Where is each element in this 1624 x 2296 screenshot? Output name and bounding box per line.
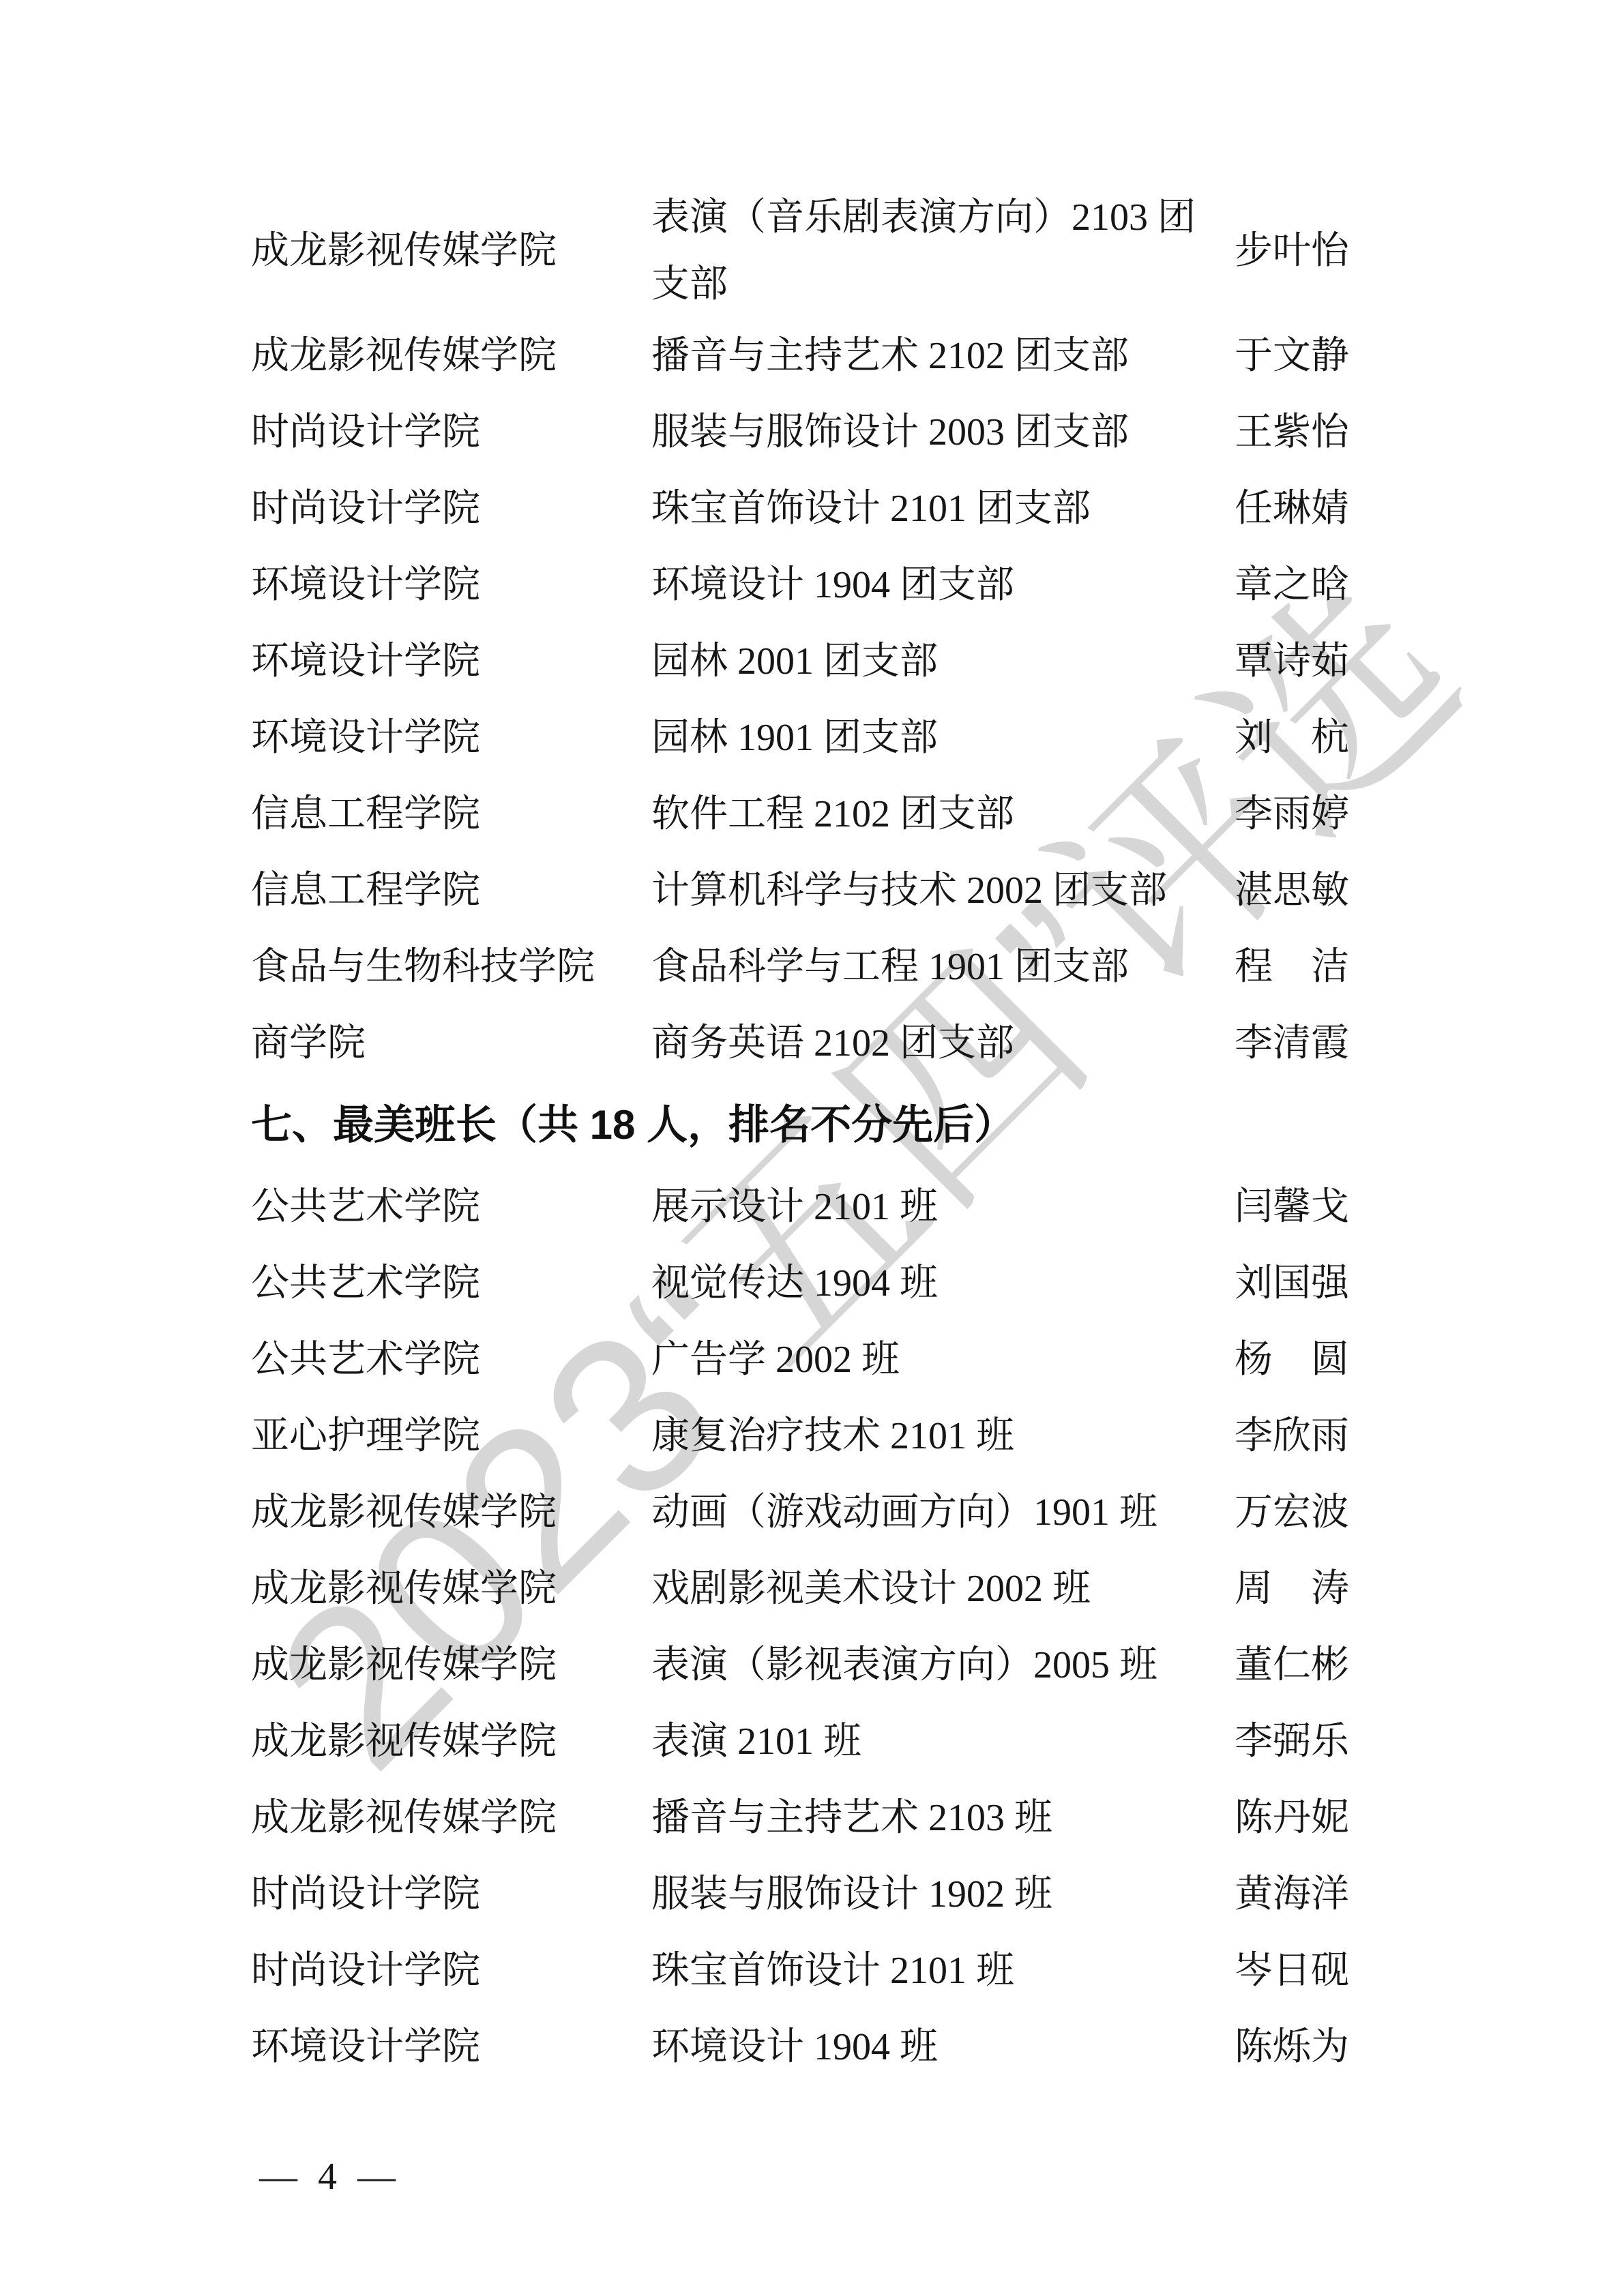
college-cell: 成龙影视传媒学院	[251, 323, 651, 389]
table-row: 时尚设计学院 珠宝首饰设计 2101 团支部 任琳婧	[251, 471, 1624, 547]
table-row: 亚心护理学院 康复治疗技术 2101 班 李欣雨	[251, 1398, 1624, 1474]
name-cell: 李清霞	[1235, 1010, 1460, 1077]
college-cell: 环境设计学院	[251, 628, 651, 695]
college-cell: 成龙影视传媒学院	[251, 1555, 651, 1622]
name-cell: 黄海洋	[1235, 1861, 1460, 1928]
table-row: 成龙影视传媒学院 表演 2101 班 李弼乐	[251, 1703, 1624, 1780]
name-cell: 董仁彬	[1235, 1632, 1460, 1699]
name-cell: 陈丹妮	[1235, 1785, 1460, 1851]
college-cell: 成龙影视传媒学院	[251, 1785, 651, 1851]
table-row: 时尚设计学院 珠宝首饰设计 2101 班 岑日砚	[251, 1933, 1624, 2009]
table-row: 商学院 商务英语 2102 团支部 李清霞	[251, 1005, 1624, 1082]
college-cell: 公共艺术学院	[251, 1250, 651, 1317]
name-cell: 李欣雨	[1235, 1403, 1460, 1470]
table-row: 环境设计学院 园林 1901 团支部 刘 杭	[251, 700, 1624, 776]
table-row: 环境设计学院 园林 2001 团支部 覃诗茹	[251, 623, 1624, 700]
table-row: 信息工程学院 计算机科学与技术 2002 团支部 湛思敏	[251, 852, 1624, 929]
class-cell: 广告学 2002 班	[651, 1326, 1197, 1393]
class-cell: 环境设计 1904 团支部	[651, 552, 1197, 618]
table-row: 成龙影视传媒学院 戏剧影视美术设计 2002 班 周 涛	[251, 1551, 1624, 1627]
college-cell: 时尚设计学院	[251, 1937, 651, 2004]
class-cell: 播音与主持艺术 2102 团支部	[651, 323, 1197, 389]
college-cell: 环境设计学院	[251, 2014, 651, 2081]
table-row: 时尚设计学院 服装与服饰设计 1902 班 黄海洋	[251, 1856, 1624, 1933]
section-heading: 七、最美班长（共 18 人，排名不分先后）	[251, 1091, 1624, 1159]
class-cell: 康复治疗技术 2101 班	[651, 1403, 1197, 1470]
class-cell: 珠宝首饰设计 2101 团支部	[651, 475, 1197, 542]
name-cell: 李弼乐	[1235, 1708, 1460, 1775]
table-row: 成龙影视传媒学院 动画（游戏动画方向）1901 班 万宏波	[251, 1474, 1624, 1551]
name-cell: 湛思敏	[1235, 857, 1460, 924]
page-number: — 4 —	[259, 2155, 401, 2198]
college-cell: 时尚设计学院	[251, 475, 651, 542]
college-cell: 时尚设计学院	[251, 1861, 651, 1928]
name-cell: 步叶怡	[1235, 218, 1460, 284]
name-cell: 于文静	[1235, 323, 1460, 389]
name-cell: 任琳婧	[1235, 475, 1460, 542]
class-cell: 计算机科学与技术 2002 团支部	[651, 857, 1197, 924]
college-cell: 成龙影视传媒学院	[251, 1632, 651, 1699]
section-best-monitor-rows: 公共艺术学院 展示设计 2101 班 闫馨戈 公共艺术学院 视觉传达 1904 …	[251, 1169, 1624, 2085]
table-row: 时尚设计学院 服装与服饰设计 2003 团支部 王紫怡	[251, 394, 1624, 471]
document-page: 2023“五四”评选 成龙影视传媒学院 表演（音乐剧表演方向）2103 团支部 …	[0, 0, 1624, 2296]
college-cell: 信息工程学院	[251, 857, 651, 924]
name-cell: 闫馨戈	[1235, 1174, 1460, 1240]
table-row: 公共艺术学院 展示设计 2101 班 闫馨戈	[251, 1169, 1624, 1245]
class-cell: 服装与服饰设计 2003 团支部	[651, 399, 1197, 466]
college-cell: 亚心护理学院	[251, 1403, 651, 1470]
college-cell: 成龙影视传媒学院	[251, 218, 651, 284]
class-cell: 播音与主持艺术 2103 班	[651, 1785, 1197, 1851]
table-row: 公共艺术学院 广告学 2002 班 杨 圆	[251, 1322, 1624, 1398]
class-cell: 软件工程 2102 团支部	[651, 781, 1197, 848]
college-cell: 环境设计学院	[251, 704, 651, 771]
college-cell: 成龙影视传媒学院	[251, 1708, 651, 1775]
name-cell: 覃诗茹	[1235, 628, 1460, 695]
class-cell: 食品科学与工程 1901 团支部	[651, 934, 1197, 1000]
college-cell: 商学院	[251, 1010, 651, 1077]
name-cell: 周 涛	[1235, 1555, 1460, 1622]
table-row: 环境设计学院 环境设计 1904 班 陈烁为	[251, 2009, 1624, 2085]
name-cell: 刘 杭	[1235, 704, 1460, 771]
college-cell: 环境设计学院	[251, 552, 651, 618]
table-row: 信息工程学院 软件工程 2102 团支部 李雨婷	[251, 776, 1624, 852]
name-cell: 李雨婷	[1235, 781, 1460, 848]
section-team-branch-rows: 成龙影视传媒学院 表演（音乐剧表演方向）2103 团支部 步叶怡 成龙影视传媒学…	[251, 184, 1624, 1082]
college-cell: 信息工程学院	[251, 781, 651, 848]
college-cell: 成龙影视传媒学院	[251, 1479, 651, 1546]
table-row: 成龙影视传媒学院 表演（音乐剧表演方向）2103 团支部 步叶怡	[251, 184, 1624, 318]
college-cell: 公共艺术学院	[251, 1174, 651, 1240]
class-cell: 表演（音乐剧表演方向）2103 团支部	[651, 184, 1197, 318]
class-cell: 视觉传达 1904 班	[651, 1250, 1197, 1317]
name-cell: 万宏波	[1235, 1479, 1460, 1546]
class-cell: 园林 1901 团支部	[651, 704, 1197, 771]
table-row: 成龙影视传媒学院 播音与主持艺术 2102 团支部 于文静	[251, 318, 1624, 394]
name-cell: 程 洁	[1235, 934, 1460, 1000]
class-cell: 表演（影视表演方向）2005 班	[651, 1632, 1197, 1699]
class-cell: 展示设计 2101 班	[651, 1174, 1197, 1240]
class-cell: 服装与服饰设计 1902 班	[651, 1861, 1197, 1928]
name-cell: 章之晗	[1235, 552, 1460, 618]
name-cell: 岑日砚	[1235, 1937, 1460, 2004]
name-cell: 刘国强	[1235, 1250, 1460, 1317]
name-cell: 杨 圆	[1235, 1326, 1460, 1393]
table-row: 食品与生物科技学院 食品科学与工程 1901 团支部 程 洁	[251, 929, 1624, 1005]
college-cell: 时尚设计学院	[251, 399, 651, 466]
class-cell: 园林 2001 团支部	[651, 628, 1197, 695]
table-row: 成龙影视传媒学院 播音与主持艺术 2103 班 陈丹妮	[251, 1780, 1624, 1856]
name-cell: 王紫怡	[1235, 399, 1460, 466]
table-row: 公共艺术学院 视觉传达 1904 班 刘国强	[251, 1245, 1624, 1322]
document-content: 成龙影视传媒学院 表演（音乐剧表演方向）2103 团支部 步叶怡 成龙影视传媒学…	[0, 0, 1624, 2085]
class-cell: 珠宝首饰设计 2101 班	[651, 1937, 1197, 2004]
class-cell: 动画（游戏动画方向）1901 班	[651, 1479, 1197, 1546]
table-row: 成龙影视传媒学院 表演（影视表演方向）2005 班 董仁彬	[251, 1627, 1624, 1703]
class-cell: 表演 2101 班	[651, 1708, 1197, 1775]
class-cell: 环境设计 1904 班	[651, 2014, 1197, 2081]
class-cell: 商务英语 2102 团支部	[651, 1010, 1197, 1077]
class-cell: 戏剧影视美术设计 2002 班	[651, 1555, 1197, 1622]
college-cell: 公共艺术学院	[251, 1326, 651, 1393]
name-cell: 陈烁为	[1235, 2014, 1460, 2081]
college-cell: 食品与生物科技学院	[251, 934, 651, 1000]
table-row: 环境设计学院 环境设计 1904 团支部 章之晗	[251, 547, 1624, 623]
